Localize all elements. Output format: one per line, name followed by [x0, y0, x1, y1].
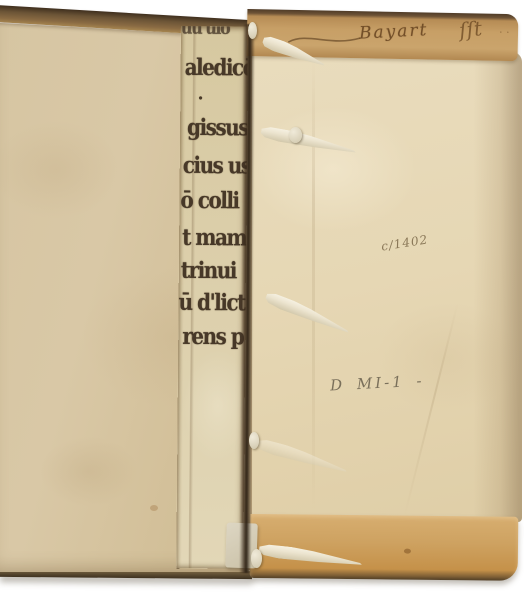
- manuscript-text-line-clipped: uu uio: [181, 26, 248, 44]
- manuscript-text-line: aledicc̄: [185, 52, 248, 83]
- sewing-support-end: [251, 549, 262, 568]
- manuscript-text-line: t mam: [182, 222, 248, 253]
- manuscript-text-line: rens p: [182, 321, 248, 352]
- manuscript-text-line: gissus: [187, 112, 248, 143]
- pencil-annotation-shelfmark: c/1402: [380, 232, 429, 253]
- manuscript-spine-strip: uu uio aledicc̄ · gissus cius us ō colli…: [176, 26, 248, 569]
- inscription-dots: · ·: [499, 26, 510, 39]
- sewing-support-end: [248, 22, 257, 39]
- stain-spot: [150, 505, 158, 511]
- inscription-flourish: [287, 30, 363, 49]
- manuscript-text-line: cius us: [183, 150, 248, 181]
- stain-spot: [404, 549, 411, 554]
- sewing-support-end: [249, 432, 259, 449]
- inscription-suffix: ſſt: [458, 16, 483, 42]
- page-crease: [312, 60, 315, 512]
- page-crease: [403, 303, 458, 517]
- text-mark: ·: [197, 88, 203, 109]
- ownership-inscription: Bayart: [359, 20, 429, 43]
- manuscript-text-line: trinui: [181, 255, 248, 286]
- manuscript-text-line: ō colli: [180, 185, 248, 216]
- sewing-support-end: [289, 127, 302, 143]
- photo-of-manuscript-binding: c/1402 D MI-1 - Bayart ſſt · · uu uio al…: [0, 0, 524, 600]
- pencil-annotation-catalog: D MI-1 -: [330, 372, 425, 395]
- manuscript-text-line: ū d'licti: [178, 287, 248, 318]
